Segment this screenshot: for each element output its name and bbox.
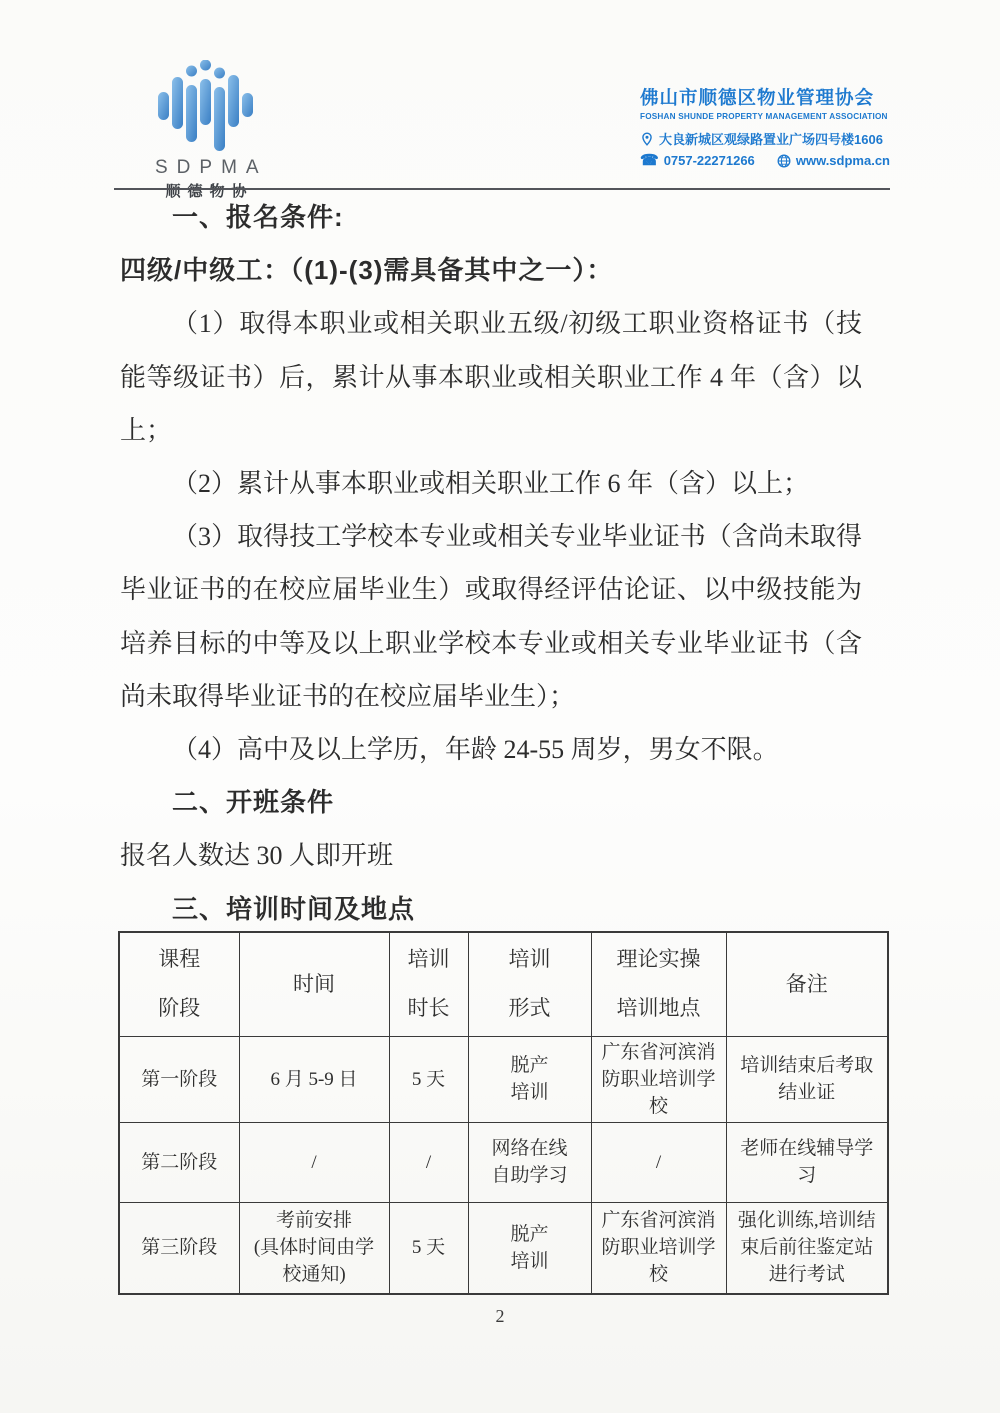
table-row-stage-3: 第三阶段 考前安排 (具体时间由学校通知) 5 天 脱产 培训 广东省河滨消防职…	[119, 1202, 888, 1294]
requirement-item-2: （2）累计从事本职业或相关职业工作 6 年（含）以上；	[120, 457, 862, 510]
table-row-stage-1: 第一阶段 6 月 5-9 日 5 天 脱产 培训 广东省河滨消防职业培训学校 培…	[119, 1036, 888, 1122]
page-number: 2	[0, 1306, 1000, 1327]
sdpma-logo-icon	[154, 60, 258, 156]
cell-remarks: 强化训练,培训结束后前往鉴定站进行考试	[726, 1202, 888, 1294]
phone-text: 0757-22271266	[664, 153, 755, 168]
website-text: www.sdpma.cn	[796, 153, 890, 168]
cell-duration: 5 天	[389, 1036, 468, 1122]
document-page: SDPMA 顺德物协 佛山市顺德区物业管理协会 FOSHAN SHUNDE PR…	[0, 0, 1000, 1413]
cell-time: /	[239, 1122, 389, 1202]
document-body: 一、报名条件: 四级/中级工：（(1)-(3)需具备其中之一）： （1）取得本职…	[120, 191, 862, 936]
location-pin-icon	[640, 132, 654, 146]
cell-format: 脱产 培训	[468, 1202, 591, 1294]
contact-line: ☎ 0757-22271266 www.sdpma.cn	[640, 153, 890, 168]
cell-location: 广东省河滨消防职业培训学校	[591, 1036, 726, 1122]
cell-duration: /	[389, 1122, 468, 1202]
phone-icon: ☎	[640, 154, 659, 168]
section1-heading: 一、报名条件:	[120, 191, 862, 244]
cell-format: 网络在线 自助学习	[468, 1122, 591, 1202]
address-text: 大良新城区观绿路置业广场四号楼1606	[659, 129, 883, 148]
org-name-en: FOSHAN SHUNDE PROPERTY MANAGEMENT ASSOCI…	[640, 112, 890, 121]
col-header-course-stage: 课程 阶段	[119, 932, 239, 1036]
cell-remarks: 老师在线辅导学习	[726, 1122, 888, 1202]
cell-location: /	[591, 1122, 726, 1202]
section1-intro: 四级/中级工：（(1)-(3)需具备其中之一）：	[120, 244, 862, 297]
col-header-time: 时间	[239, 932, 389, 1036]
cell-duration: 5 天	[389, 1202, 468, 1294]
requirement-item-3: （3）取得技工学校本专业或相关专业毕业证书（含尚未取得毕业证书的在校应届毕业生）…	[120, 510, 862, 723]
col-header-format: 培训 形式	[468, 932, 591, 1036]
section3-heading: 三、培训时间及地点	[120, 883, 862, 936]
cell-time: 6 月 5-9 日	[239, 1036, 389, 1122]
logo-acronym: SDPMA	[146, 157, 266, 179]
cell-remarks: 培训结束后考取结业证	[726, 1036, 888, 1122]
globe-icon	[777, 154, 791, 168]
col-header-duration: 培训 时长	[389, 932, 468, 1036]
org-info-block: 佛山市顺德区物业管理协会 FOSHAN SHUNDE PROPERTY MANA…	[640, 84, 890, 168]
org-name-cn: 佛山市顺德区物业管理协会	[640, 84, 890, 110]
cell-stage: 第二阶段	[119, 1122, 239, 1202]
section2-body: 报名人数达 30 人即开班	[120, 829, 862, 882]
cell-stage: 第三阶段	[119, 1202, 239, 1294]
address-line: 大良新城区观绿路置业广场四号楼1606	[640, 129, 890, 148]
section2-heading: 二、开班条件	[120, 776, 862, 829]
table-row-stage-2: 第二阶段 / / 网络在线 自助学习 / 老师在线辅导学习	[119, 1122, 888, 1202]
col-header-remarks: 备注	[726, 932, 888, 1036]
cell-location: 广东省河滨消防职业培训学校	[591, 1202, 726, 1294]
training-schedule-table: 课程 阶段 时间 培训 时长 培训 形式 理论实操 培训地点 备注 第一阶段 6…	[118, 931, 889, 1295]
requirement-item-1: （1）取得本职业或相关职业五级/初级工职业资格证书（技能等级证书）后，累计从事本…	[120, 297, 862, 457]
cell-time: 考前安排 (具体时间由学校通知)	[239, 1202, 389, 1294]
cell-stage: 第一阶段	[119, 1036, 239, 1122]
logo-block: SDPMA 顺德物协	[146, 60, 266, 201]
table-header-row: 课程 阶段 时间 培训 时长 培训 形式 理论实操 培训地点 备注	[119, 932, 888, 1036]
requirement-item-4: （4）高中及以上学历，年龄 24-55 周岁，男女不限。	[120, 723, 862, 776]
col-header-location: 理论实操 培训地点	[591, 932, 726, 1036]
training-table-wrap: 课程 阶段 时间 培训 时长 培训 形式 理论实操 培训地点 备注 第一阶段 6…	[120, 931, 889, 1295]
header-divider	[114, 188, 890, 190]
cell-format: 脱产 培训	[468, 1036, 591, 1122]
